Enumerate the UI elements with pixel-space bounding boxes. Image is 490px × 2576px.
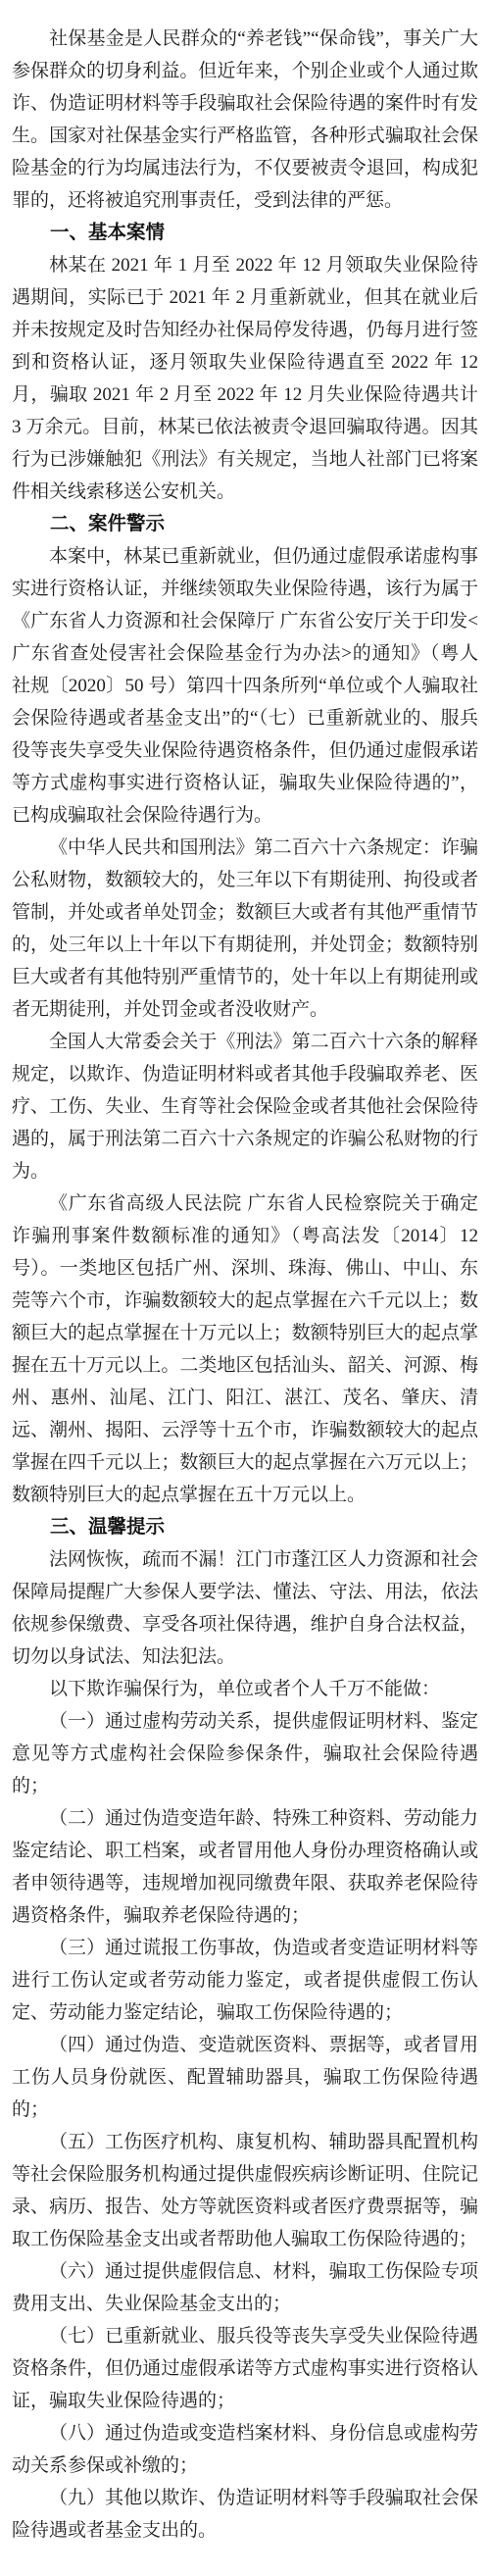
paragraph-reminder: 法网恢恢，疏而不漏！江门市蓬江区人力资源和社会保障局提醒广大参保人要学法、懂法、… xyxy=(12,1543,478,1673)
list-item-9: （九）其他以欺诈、伪造证明材料等手段骗取社会保险待遇或者基金支出的。 xyxy=(12,2482,478,2547)
section-heading-friendly-tips: 三、温馨提示 xyxy=(12,1511,478,1543)
section-heading-basic-facts: 一、基本案情 xyxy=(12,217,478,249)
list-item-8: （八）通过伪造或变造档案材料、身份信息或虚构劳动关系参保或补缴的； xyxy=(12,2417,478,2482)
list-item-1: （一）通过虚构劳动关系，提供虚假证明材料、鉴定意见等方式虚构社会保险参保条件，骗… xyxy=(12,1705,478,1802)
list-item-7: （七）已重新就业、服兵役等丧失享受失业保险待遇资格条件，但仍通过虚假承诺等方式虚… xyxy=(12,2320,478,2417)
paragraph-warning-analysis: 本案中，林某已重新就业，但仍通过虚假承诺虚构事实进行资格认证，并继续领取失业保险… xyxy=(12,540,478,832)
intro-paragraph: 社保基金是人民群众的“养老钱”“保命钱”，事关广大参保群众的切身利益。但近年来，… xyxy=(12,23,478,217)
document-page: 社保基金是人民群众的“养老钱”“保命钱”，事关广大参保群众的切身利益。但近年来，… xyxy=(0,0,490,2576)
paragraph-case-facts: 林某在 2021 年 1 月至 2022 年 12 月领取失业保险待遇期间，实际… xyxy=(12,249,478,508)
paragraph-list-lead-in: 以下欺诈骗保行为，单位或者个人千万不能做： xyxy=(12,1673,478,1705)
paragraph-amount-standards: 《广东省高级人民法院 广东省人民检察院关于确定诈骗刑事案件数额标准的通知》（粤高… xyxy=(12,1187,478,1511)
paragraph-criminal-law-article: 《中华人民共和国刑法》第二百六十六条规定：诈骗公私财物，数额较大的，处三年以下有… xyxy=(12,832,478,1026)
list-item-2: （二）通过伪造变造年龄、特殊工种资料、劳动能力鉴定结论、职工档案，或者冒用他人身… xyxy=(12,1802,478,1932)
list-item-3: （三）通过谎报工伤事故，伪造或者变造证明材料等进行工伤认定或者劳动能力鉴定，或者… xyxy=(12,1932,478,2029)
list-item-5: （五）工伤医疗机构、康复机构、辅助器具配置机构等社会保险服务机构通过提供虚假疾病… xyxy=(12,2126,478,2255)
paragraph-npc-interpretation: 全国人大常委会关于《刑法》第二百六十六条的解释规定，以欺诈、伪造证明材料或者其他… xyxy=(12,1026,478,1187)
list-item-6: （六）通过提供虚假信息、材料，骗取工伤保险专项费用支出、失业保险基金支出的； xyxy=(12,2255,478,2320)
section-heading-case-warning: 二、案件警示 xyxy=(12,508,478,540)
list-item-4: （四）通过伪造、变造就医资料、票据等，或者冒用工伤人员身份就医、配置辅助器具，骗… xyxy=(12,2029,478,2126)
